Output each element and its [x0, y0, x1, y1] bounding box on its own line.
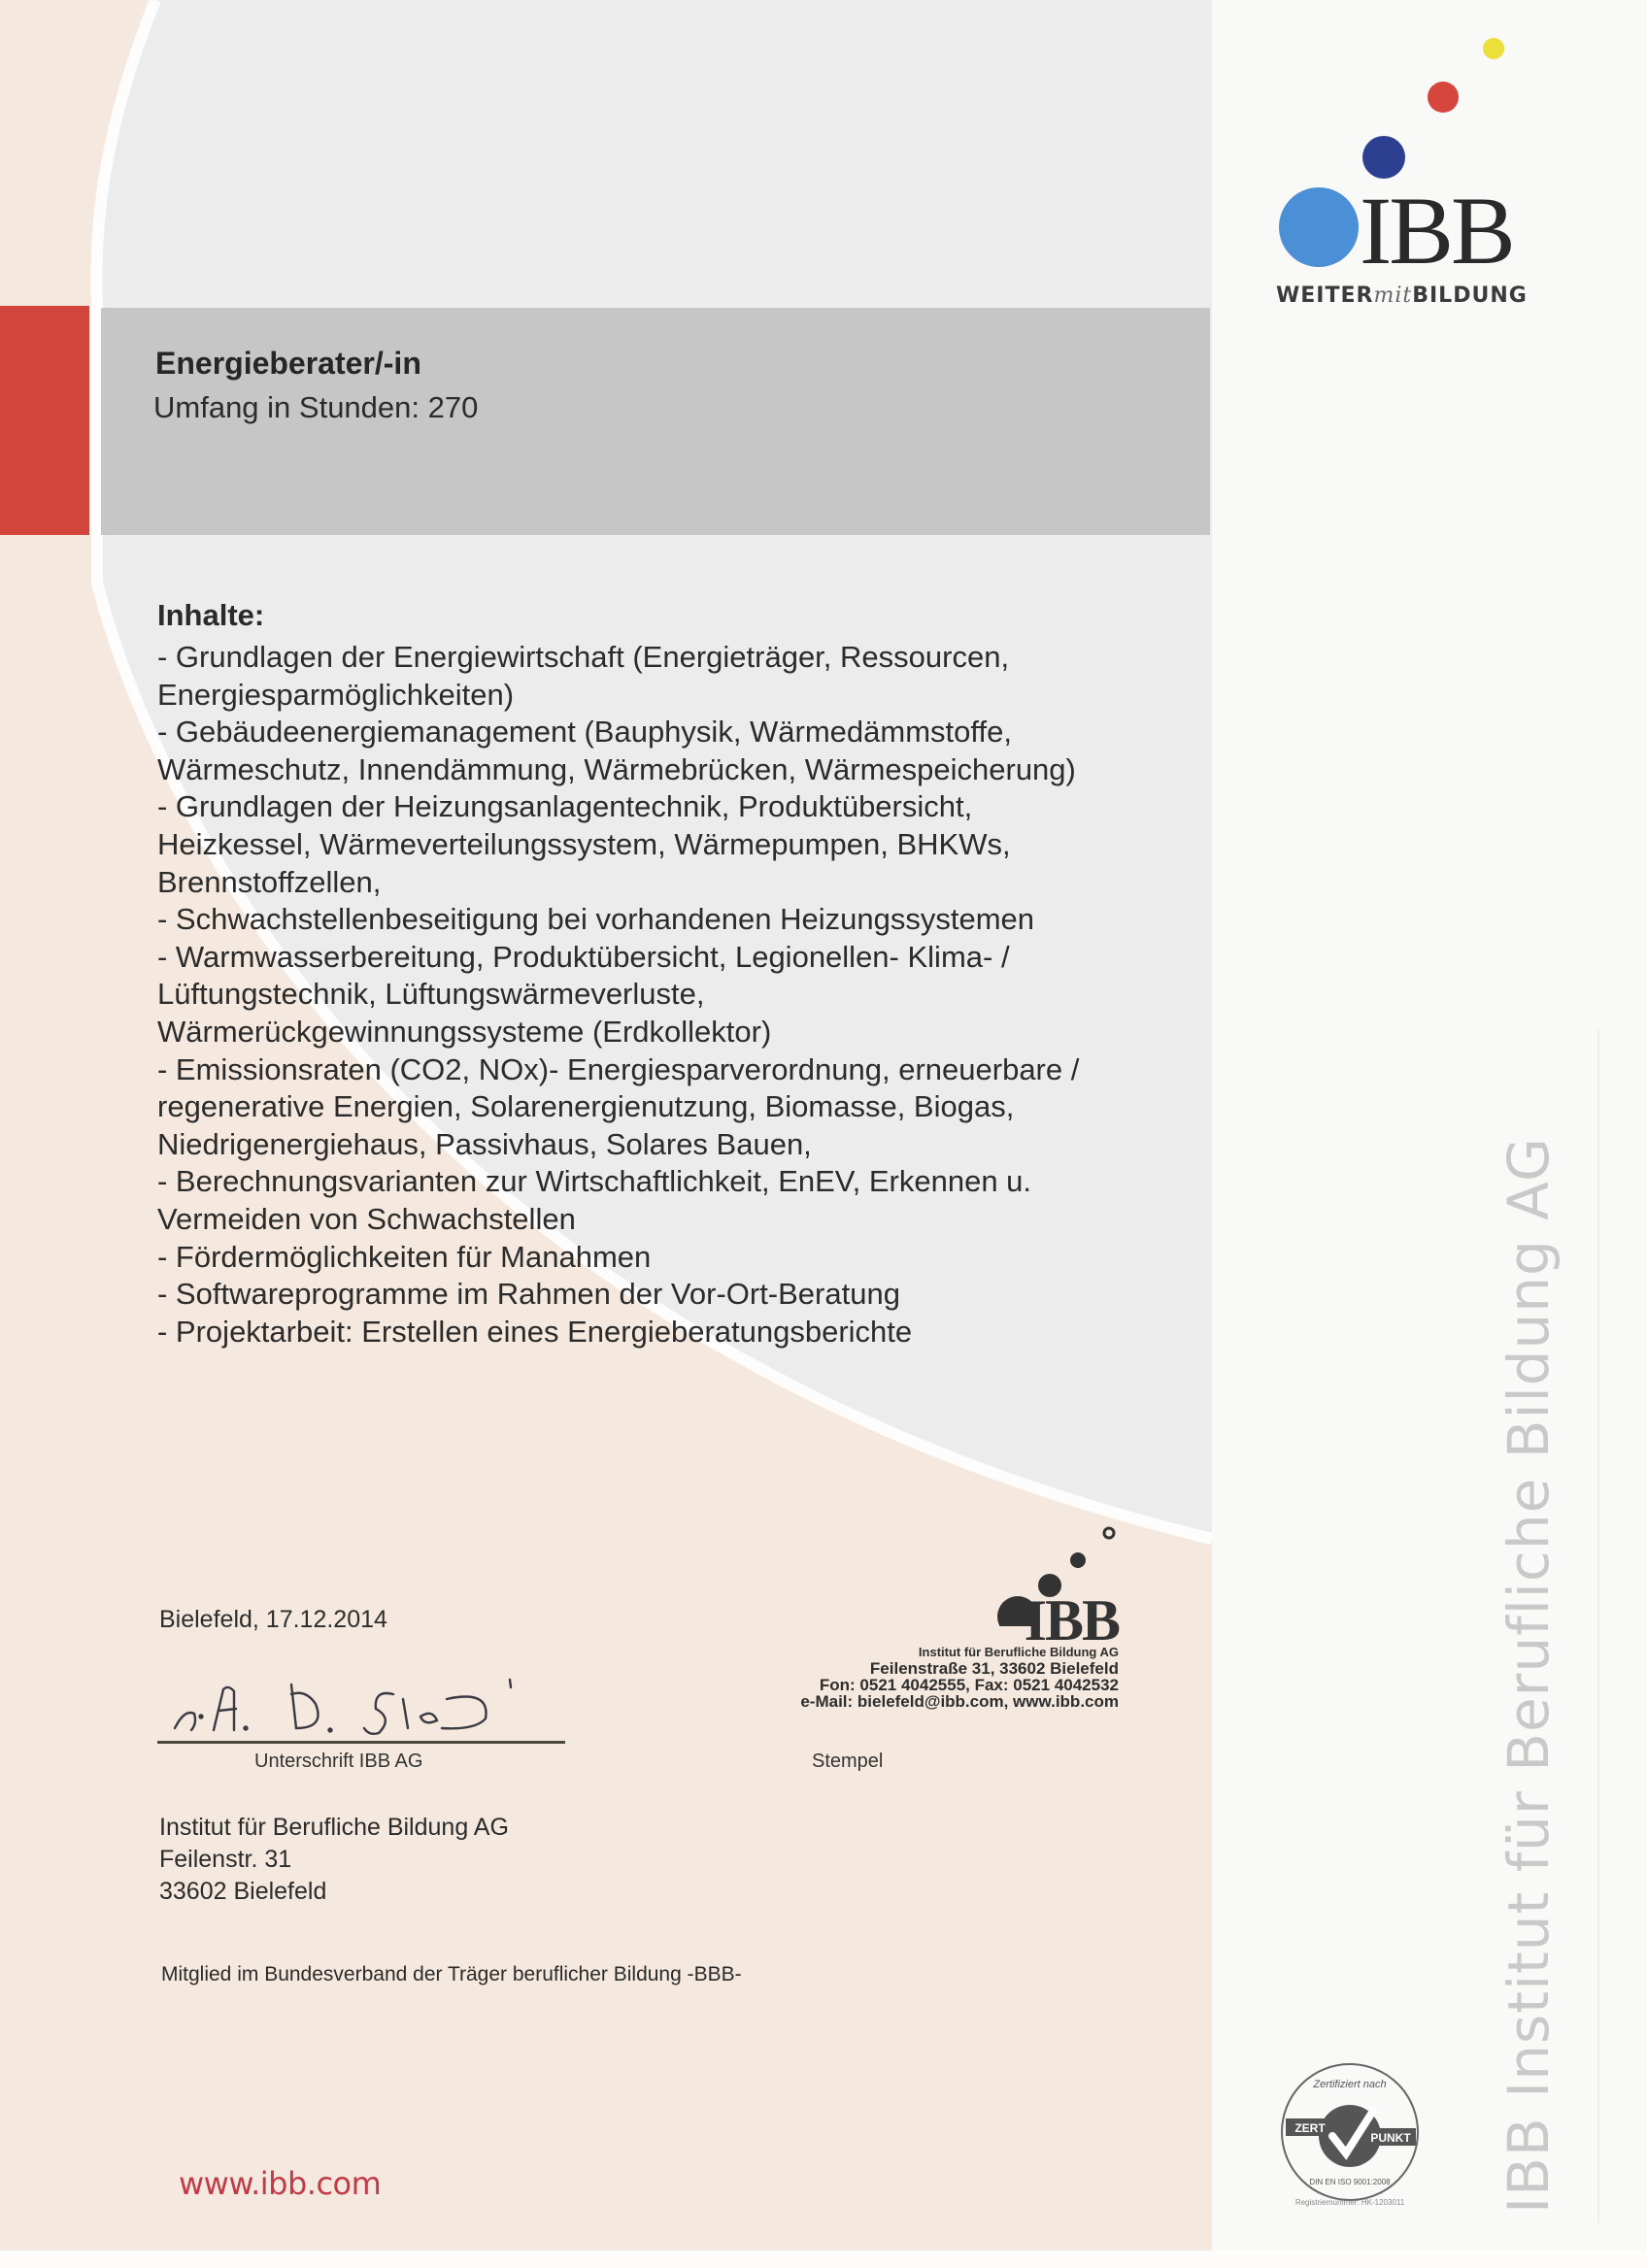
tagline-mit: mit	[1373, 283, 1412, 308]
stamp-label: Stempel	[812, 1751, 883, 1773]
address-city: 33602 Bielefeld	[159, 1876, 509, 1908]
logo-dot-navy	[1362, 136, 1405, 179]
course-hours: Umfang in Stunden: 270	[153, 390, 478, 425]
svg-text:DIN EN ISO 9001:2008: DIN EN ISO 9001:2008	[1309, 2178, 1391, 2186]
stamp-line-email: e-Mail: bielefeld@ibb.com, www.ibb.com	[800, 1693, 1119, 1710]
contents-line: - Softwareprogramme im Rahmen der Vor-Or…	[157, 1276, 1177, 1314]
course-title: Energieberater/-in	[155, 346, 421, 382]
contents-line: Energiesparmöglichkeiten)	[157, 677, 1177, 715]
stamp-text: Institut für Berufliche Bildung AG Feile…	[800, 1644, 1119, 1710]
contents-line: Vermeiden von Schwachstellen	[157, 1201, 1177, 1239]
accent-red-bar	[0, 306, 89, 535]
vertical-divider	[1597, 1029, 1599, 2223]
website-link[interactable]: www.ibb.com	[179, 2165, 381, 2202]
place-date: Bielefeld, 17.12.2014	[159, 1606, 387, 1634]
membership-note: Mitglied im Bundesverband der Träger ber…	[161, 1963, 742, 1986]
stamp-line-phone: Fon: 0521 4042555, Fax: 0521 4042532	[800, 1677, 1119, 1693]
signature-line	[157, 1741, 565, 1744]
contents-line: Brennstoffzellen,	[157, 864, 1177, 902]
contents-line: Wärmeschutz, Innendämmung, Wärmebrücken,…	[157, 751, 1177, 789]
contents-line: - Projektarbeit: Erstellen eines Energie…	[157, 1314, 1177, 1351]
logo-dot-yellow	[1483, 38, 1504, 59]
institute-address: Institut für Berufliche Bildung AG Feile…	[159, 1812, 509, 1908]
stamp-line-street: Feilenstraße 31, 33602 Bielefeld	[800, 1660, 1119, 1677]
tagline-weiter: WEITER	[1276, 283, 1373, 308]
svg-text:PUNKT: PUNKT	[1370, 2131, 1411, 2145]
contents-line: Niedrigenergiehaus, Passivhaus, Solares …	[157, 1126, 1177, 1164]
contents-line: - Gebäudeenergiemanagement (Bauphysik, W…	[157, 714, 1177, 751]
logo-tagline: WEITERmitBILDUNG	[1276, 283, 1528, 308]
bottom-edge	[0, 2251, 1647, 2268]
handwritten-signature	[170, 1670, 578, 1738]
right-sidebar-panel	[1212, 0, 1647, 2268]
contents-line: regenerative Energien, Solarenergienutzu…	[157, 1088, 1177, 1126]
logo-wordmark: IBB	[1360, 183, 1513, 280]
address-name: Institut für Berufliche Bildung AG	[159, 1812, 509, 1844]
zertpunkt-certification-seal-icon: ZERT PUNKT Zertifiziert nach DIN EN ISO …	[1272, 2058, 1428, 2214]
signature-label: Unterschrift IBB AG	[254, 1751, 422, 1773]
contents-list: - Grundlagen der Energiewirtschaft (Ener…	[157, 639, 1177, 1351]
contents-line: Lüftungstechnik, Lüftungswärmeverluste,	[157, 976, 1177, 1014]
contents-section: Inhalte: - Grundlagen der Energiewirtsch…	[157, 598, 1177, 1351]
cert-registration-number: Registriernummer: HK-1203011	[1272, 2198, 1428, 2207]
contents-heading: Inhalte:	[157, 598, 1177, 633]
contents-line: - Berechnungsvarianten zur Wirtschaftlic…	[157, 1163, 1177, 1201]
contents-line: - Grundlagen der Energiewirtschaft (Ener…	[157, 639, 1177, 677]
contents-line: - Warmwasserbereitung, Produktübersicht,…	[157, 939, 1177, 977]
vertical-institute-name: IBB Institut für Berufliche Bildung AG	[1496, 1137, 1562, 2214]
contents-line: Heizkessel, Wärmeverteilungssystem, Wärm…	[157, 826, 1177, 864]
logo-dot-red	[1428, 82, 1459, 113]
logo-dot-blue-large	[1279, 187, 1359, 267]
contents-line: Wärmerückgewinnungssysteme (Erdkollektor…	[157, 1014, 1177, 1051]
svg-text:ZERT: ZERT	[1294, 2121, 1326, 2135]
address-street: Feilenstr. 31	[159, 1844, 509, 1876]
svg-text:Zertifiziert nach: Zertifiziert nach	[1312, 2079, 1386, 2090]
stamp-line-name: Institut für Berufliche Bildung AG	[800, 1644, 1119, 1660]
tagline-bildung: BILDUNG	[1412, 283, 1528, 308]
contents-line: - Fördermöglichkeiten für Manahmen	[157, 1239, 1177, 1277]
contents-line: - Grundlagen der Heizungsanlagentechnik,…	[157, 788, 1177, 826]
contents-line: - Emissionsraten (CO2, NOx)- Energiespar…	[157, 1051, 1177, 1089]
company-stamp: IBB Institut für Berufliche Bildung AG F…	[748, 1519, 1136, 1723]
contents-line: - Schwachstellenbeseitigung bei vorhande…	[157, 901, 1177, 939]
